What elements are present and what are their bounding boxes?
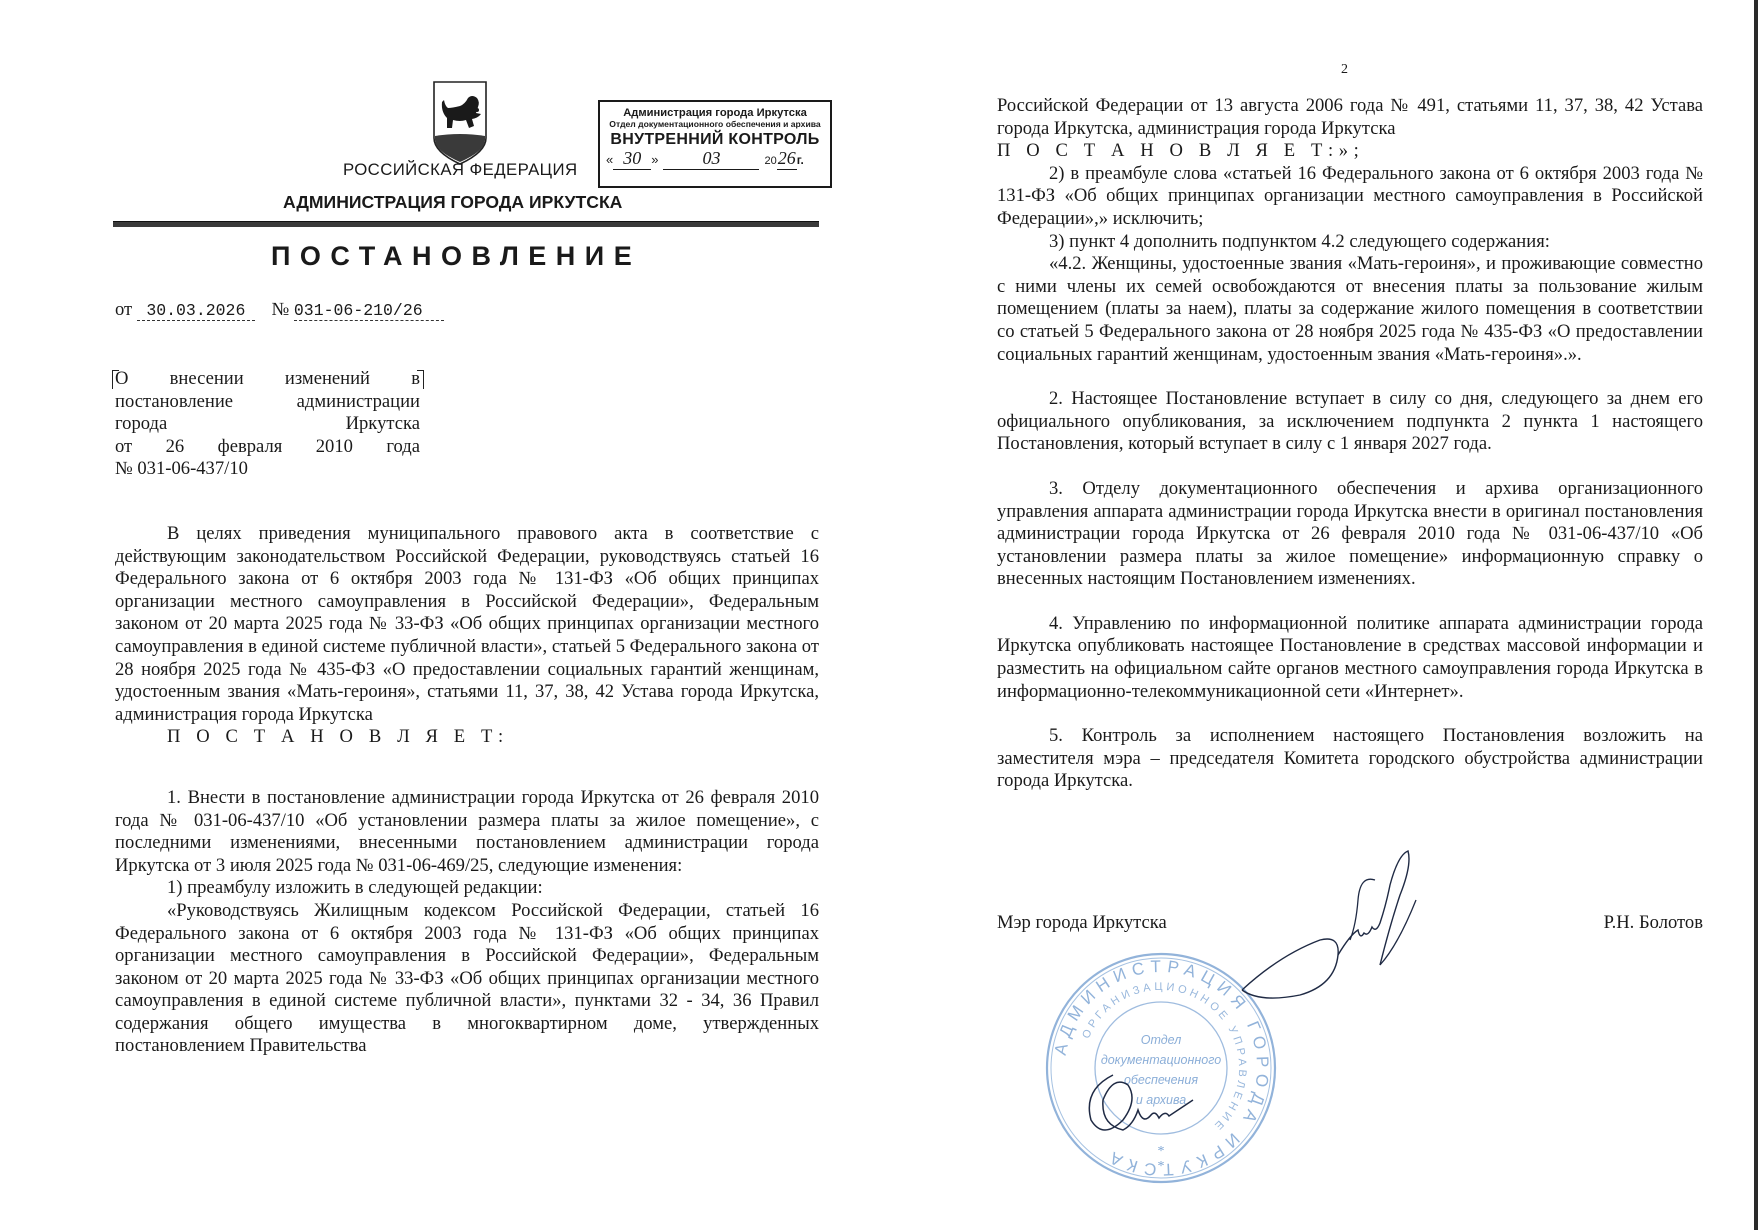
resolves-heading: П О С Т А Н О В Л Я Е Т: bbox=[115, 726, 819, 749]
crest-icon bbox=[432, 80, 488, 166]
subject-line: № 031-06-437/10 bbox=[115, 458, 420, 481]
document-type-title: ПОСТАНОВЛЕНИЕ bbox=[271, 241, 641, 272]
page-number: 2 bbox=[1341, 62, 1348, 78]
signatory-name: Р.Н. Болотов bbox=[1604, 912, 1703, 934]
control-stamp-org: Администрация города Иркутска bbox=[600, 107, 830, 119]
item-5-paragraph: 5. Контроль за исполнением настоящего По… bbox=[997, 725, 1703, 793]
subject-line: города Иркутска bbox=[115, 413, 420, 436]
spacer bbox=[997, 591, 1703, 613]
subject-bracket-right bbox=[417, 370, 424, 389]
page-1-body: В целях приведения муниципального правов… bbox=[115, 523, 819, 1058]
document-meta: от 30.03.2026 № 031-06-210/26 bbox=[115, 299, 444, 321]
spacer bbox=[997, 366, 1703, 388]
spacer bbox=[997, 456, 1703, 478]
seal-center-line: Отдел bbox=[1141, 1033, 1182, 1047]
number-prefix: № bbox=[272, 299, 290, 320]
control-stamp-date: «30» 03 2026г. bbox=[600, 148, 830, 170]
control-stamp-month: 03 bbox=[663, 148, 759, 170]
item-1-2-paragraph: 2) в преамбуле слова «статьей 16 Федерал… bbox=[997, 163, 1703, 231]
seal-center-line: обеспечения bbox=[1124, 1073, 1198, 1087]
subject-line: от 26 февраля 2010 года bbox=[115, 436, 420, 459]
mayor-signature-icon bbox=[1240, 845, 1460, 1005]
item-4-paragraph: 4. Управлению по информационной политике… bbox=[997, 613, 1703, 703]
spacer bbox=[997, 703, 1703, 725]
country-label: РОССИЙСКАЯ ФЕДЕРАЦИЯ bbox=[343, 160, 577, 180]
internal-control-stamp: Администрация города Иркутска Отдел доку… bbox=[598, 100, 832, 188]
signatory-position: Мэр города Иркутска bbox=[997, 912, 1167, 933]
header-divider bbox=[113, 221, 819, 227]
svg-text:*: * bbox=[1158, 1159, 1165, 1174]
item-1-paragraph: 1. Внести в постановление администрации … bbox=[115, 787, 819, 877]
item-1-3-paragraph: 3) пункт 4 дополнить подпунктом 4.2 след… bbox=[997, 231, 1703, 254]
control-stamp-year-unit: г. bbox=[797, 153, 804, 167]
document-number: 031-06-210/26 bbox=[294, 301, 444, 321]
spacer bbox=[115, 749, 819, 787]
item-2-paragraph: 2. Настоящее Постановление вступает в си… bbox=[997, 388, 1703, 456]
control-stamp-year: 26 bbox=[777, 148, 797, 170]
item-1-1-paragraph: 1) преамбулу изложить в следующей редакц… bbox=[115, 877, 819, 900]
item-3-paragraph: 3. Отделу документационного обеспечения … bbox=[997, 478, 1703, 591]
control-stamp-title: ВНУТРЕННИЙ КОНТРОЛЬ bbox=[600, 131, 830, 149]
page-edge bbox=[1754, 0, 1758, 1230]
subject-line: постановление администрации bbox=[115, 391, 420, 414]
page-1: РОССИЙСКАЯ ФЕДЕРАЦИЯ Администрация город… bbox=[0, 0, 879, 1230]
document-date: 30.03.2026 bbox=[137, 301, 255, 321]
svg-text:*: * bbox=[1158, 1144, 1165, 1159]
document-subject: О внесении изменений в постановление адм… bbox=[115, 368, 420, 481]
subject-line: О внесении изменений в bbox=[115, 368, 420, 391]
preamble-paragraph: В целях приведения муниципального правов… bbox=[115, 523, 819, 726]
continuation-resolves: П О С Т А Н О В Л Я Е Т:»; bbox=[997, 140, 1703, 163]
page-2-body: Российской Федерации от 13 августа 2006 … bbox=[997, 95, 1703, 793]
authority-name: АДМИНИСТРАЦИЯ ГОРОДА ИРКУТСКА bbox=[283, 192, 622, 213]
control-stamp-day: 30 bbox=[613, 148, 651, 170]
item-1-3-quote-paragraph: «4.2. Женщины, удостоенные звания «Мать-… bbox=[997, 253, 1703, 366]
control-stamp-dept: Отдел документационного обеспечения и ар… bbox=[600, 119, 830, 129]
subject-bracket-left bbox=[112, 370, 119, 389]
item-1-1-quote-paragraph: «Руководствуясь Жилищным кодексом Россий… bbox=[115, 900, 819, 1058]
control-stamp-year-prefix: 20 bbox=[765, 155, 777, 167]
date-prefix: от bbox=[115, 299, 132, 320]
seal-center-line: документационного bbox=[1101, 1053, 1221, 1067]
seal-center-line: и архива bbox=[1136, 1093, 1186, 1107]
continuation-paragraph: Российской Федерации от 13 августа 2006 … bbox=[997, 95, 1703, 140]
